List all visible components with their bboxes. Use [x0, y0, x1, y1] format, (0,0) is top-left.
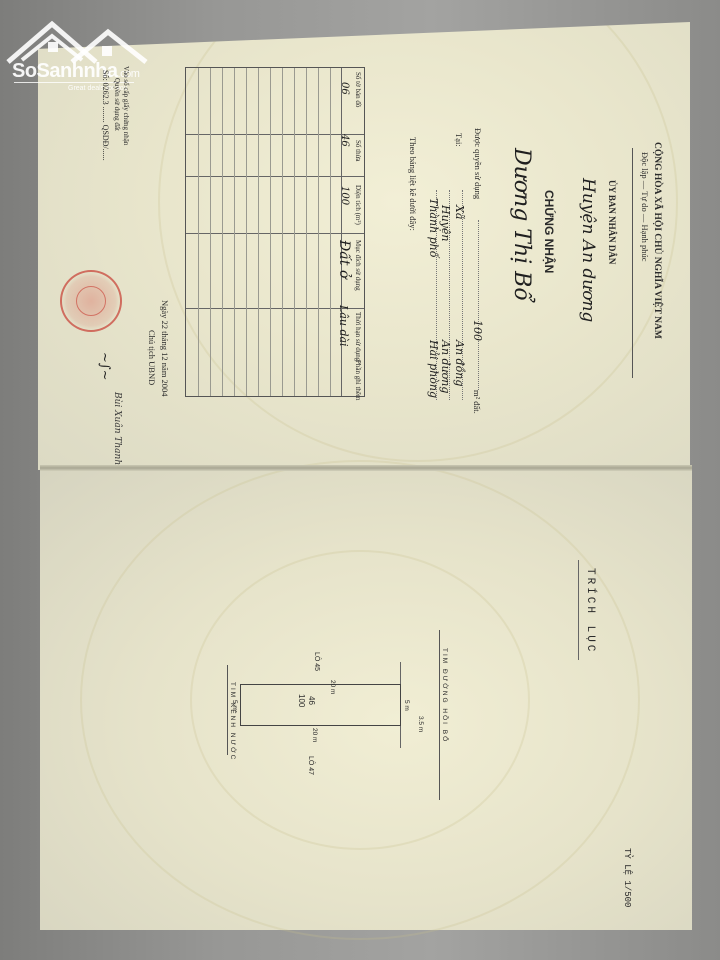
certificate-title: CHỨNG NHẬN: [542, 190, 556, 273]
official-seal: [60, 270, 122, 332]
usage-label: Được quyền sử dụng: [473, 128, 483, 199]
road-centerline: [439, 630, 440, 800]
country-heading: CỘNG HÒA XÃ HỘI CHỦ NGHĨA VIỆT NAM: [652, 142, 662, 339]
dim-road-offset: 3.5 m: [417, 716, 424, 732]
table-cell: Lâu dài: [337, 305, 350, 347]
table-header: Mục đích sử dụng: [354, 240, 362, 291]
table-rule: [186, 233, 364, 234]
road-label: TIM ĐƯỜNG HỒI BỔ: [441, 648, 448, 743]
parcel-number: 46: [307, 696, 316, 705]
motto: Độc lập — Tự do — Hạnh phúc: [640, 152, 650, 262]
dim-bottom: 20 m: [311, 728, 318, 742]
city-name: Hải phòng: [427, 340, 440, 398]
commune-prefix: Xã: [453, 205, 466, 219]
owner-name: Dương Thị Bổ: [509, 148, 534, 301]
parcel-area: 100: [297, 694, 306, 707]
table-cell: 06: [339, 82, 350, 95]
location-label: Tại:: [454, 133, 464, 147]
registry-number: Số: 0262.3 ........ QSDĐ/......: [101, 70, 110, 161]
map-scale: TỶ LỆ 1/500: [622, 848, 632, 907]
neighbor-lot-top: LÔ 45: [313, 652, 320, 671]
star-icon: [76, 286, 106, 316]
registry-note: Quyền sử dụng đất: [113, 78, 121, 131]
canal-centerline: [227, 665, 228, 755]
neighbor-lot-bottom: LÔ 47: [307, 756, 314, 775]
title-rule: [578, 560, 579, 660]
land-table: [185, 67, 365, 397]
district-name: An dương: [439, 340, 452, 393]
dim-top: 20 m: [329, 680, 336, 694]
extract-title: TRÍCH LỤC: [584, 568, 596, 654]
table-intro: Theo bảng liệt kê dưới đây:: [408, 137, 418, 231]
area-value: 100: [471, 320, 484, 341]
table-cell: Đất ở: [336, 240, 352, 278]
issuer-district: Huyện An dương: [578, 178, 598, 322]
table-header: Diện tích (m²): [354, 185, 362, 225]
signer-name: Bùi Xuân Thanh: [112, 392, 122, 465]
table-header: Số tờ bản đồ: [354, 72, 362, 107]
table-header: Thời hạn sử dụng: [354, 312, 362, 361]
issuer: ỦY BAN NHÂN DÂN: [607, 180, 617, 264]
table-rule: [186, 134, 364, 135]
city-prefix: Thành phố: [427, 198, 440, 258]
district-prefix: Huyện: [439, 205, 452, 242]
table-rule: [186, 176, 364, 177]
page-fold: [40, 465, 692, 471]
canal-label: TIM KÊNH NƯỚC: [229, 682, 236, 761]
extension-line: [400, 726, 401, 748]
header-underline: [632, 148, 633, 378]
extension-line: [400, 662, 401, 684]
table-header: Phần ghi thêm: [354, 360, 362, 400]
table-cell: 100: [339, 186, 350, 205]
commune-name: An đồng: [453, 340, 466, 386]
dotted-line: [478, 220, 479, 390]
table-cell: 46: [339, 134, 350, 147]
parcel-outline: [240, 684, 401, 726]
signer-title: Chủ tịch UBND: [147, 330, 157, 385]
dim-right: 5 m: [403, 700, 410, 711]
area-unit: m² đất.: [472, 390, 482, 414]
registry-note: Vào sổ cấp giấy chứng nhận: [122, 66, 130, 145]
signature: ~∫~: [97, 352, 112, 381]
issue-date: Ngày 22 tháng 12 năm 2004: [160, 300, 170, 397]
table-header: Số thửa: [354, 140, 362, 162]
